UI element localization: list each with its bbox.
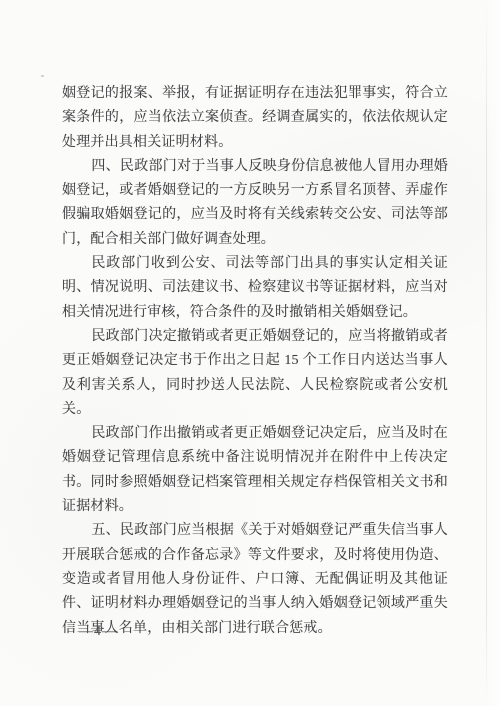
page-number: —4— [79, 622, 117, 642]
scan-artifact [41, 75, 44, 77]
paragraph-evidence-review: 民政部门收到公安、司法等部门出具的事实认定相关证明、情况说明、司法建议书、检察建… [62, 252, 448, 325]
document-text-block: 姻登记的报案、举报，有证据证明存在违法犯罪事实，符合立案条件的，应当依法立案侦查… [62, 82, 448, 641]
paragraph-decision-delivery: 民政部门决定撤销或者更正婚姻登记的，应当将撤销或者更正婚姻登记决定书于作出之日起… [62, 325, 448, 422]
paragraph-records-archiving: 民政部门作出撤销或者更正婚姻登记决定后，应当及时在婚姻登记管理信息系统中备注说明… [62, 422, 448, 519]
paragraph-continuation: 姻登记的报案、举报，有证据证明存在违法犯罪事实，符合立案条件的，应当依法立案侦查… [62, 82, 448, 155]
document-page: 姻登记的报案、举报，有证据证明存在违法犯罪事实，符合立案条件的，应当依法立案侦查… [0, 0, 500, 706]
paragraph-item-5: 五、民政部门应当根据《关于对婚姻登记严重失信当事人开展联合惩戒的合作备忘录》等文… [62, 519, 448, 640]
paragraph-item-4: 四、民政部门对于当事人反映身份信息被他人冒用办理婚姻登记，或者婚姻登记的一方反映… [62, 155, 448, 252]
scan-edge-shade [487, 0, 500, 706]
